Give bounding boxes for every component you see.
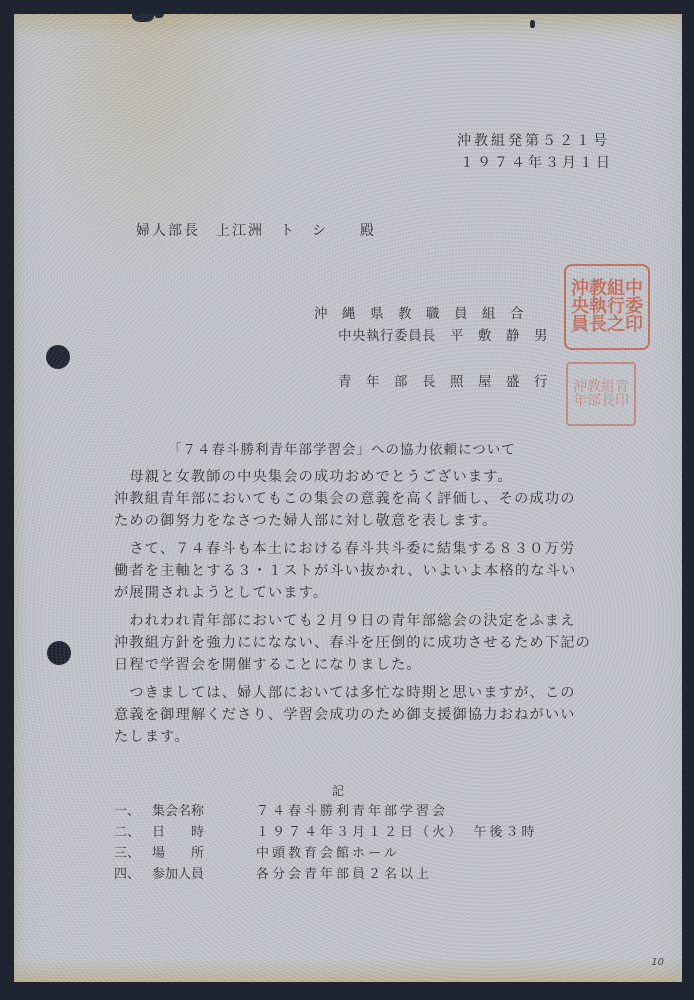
body-line: 沖教組方針を強力にになない、春斗を圧倒的に成功させるため下記の bbox=[114, 632, 591, 652]
addressee: 婦人部長 上江洲 ト シ 殿 bbox=[136, 220, 376, 240]
punch-hole-top bbox=[46, 345, 70, 369]
official-seal-stamp: 沖教組中央執行委員長之印 bbox=[564, 264, 650, 350]
item-value: 各分会青年部員２名以上 bbox=[256, 863, 432, 882]
item-num: 二、 bbox=[114, 821, 140, 840]
seal-text: 沖教組中央執行委員長之印 bbox=[571, 280, 643, 334]
body-line: ための御努力をなさつた婦人部に対し敬意を表します。 bbox=[114, 510, 498, 530]
sender-chair: 中央執行委員長 平 敷 静 男 bbox=[338, 324, 548, 344]
item-value: １９７４年３月１２日（火） 午後３時 bbox=[256, 821, 538, 840]
item-num: 三、 bbox=[114, 842, 140, 861]
sender-organization: 沖 縄 県 教 職 員 組 合 bbox=[314, 302, 524, 322]
body-line: 日程で学習会を開催することになりました。 bbox=[114, 654, 422, 674]
item-num: 四、 bbox=[114, 863, 140, 882]
body-line: つきましては、婦人部においては多忙な時期と思いますが、この bbox=[114, 682, 576, 702]
body-line: 母親と女教師の中央集会の成功おめでとうございます。 bbox=[114, 466, 513, 486]
body-line: 沖教組青年部においてもこの集会の意義を高く評価し、その成功の bbox=[114, 488, 576, 508]
document-date: １９７４年３月１日 bbox=[460, 152, 613, 172]
body-line: 意義を御理解くださり、学習会成功のため御支援御協力おねがいい bbox=[114, 704, 576, 724]
document-title: 「７４春斗勝利青年部学習会」への協力依頼について bbox=[168, 438, 516, 458]
paper-tear bbox=[530, 20, 535, 28]
youth-dept-seal-stamp: 沖教組青年部長印 bbox=[566, 362, 636, 426]
page-number: 10 bbox=[651, 957, 664, 968]
item-label: 参加人員 bbox=[152, 863, 204, 882]
punch-hole-bottom bbox=[47, 641, 71, 665]
item-value: 中頭教育会館ホール bbox=[256, 842, 400, 861]
reference-number: 沖教組発第５２１号 bbox=[457, 130, 610, 150]
ki-label: 記 bbox=[332, 782, 345, 799]
item-value: ７４春斗勝利青年部学習会 bbox=[256, 800, 448, 819]
paper-tear bbox=[132, 8, 154, 22]
paper-tear bbox=[154, 8, 164, 18]
body-line: たします。 bbox=[114, 726, 190, 746]
item-label: 集会名称 bbox=[152, 800, 204, 819]
item-label: 日 時 bbox=[152, 821, 204, 840]
body-line: が展開されようとしています。 bbox=[114, 582, 328, 602]
body-line: 働者を主軸とする３・１ストが斗い抜かれ、いよいよ本格的な斗い bbox=[114, 560, 576, 580]
seal-text: 沖教組青年部長印 bbox=[573, 380, 629, 408]
sender-youth-head: 青 年 部 長 照 屋 盛 行 bbox=[338, 370, 548, 390]
body-line: さて、７４春斗も本土における春斗共斗委に結集する８３０万労 bbox=[114, 538, 575, 558]
document-page: 沖教組発第５２１号 １９７４年３月１日 婦人部長 上江洲 ト シ 殿 沖 縄 県… bbox=[14, 14, 682, 982]
item-label: 場 所 bbox=[152, 842, 204, 861]
item-num: 一、 bbox=[114, 800, 140, 819]
body-line: われわれ青年部においても２月９日の青年部総会の決定をふまえ bbox=[114, 610, 576, 630]
